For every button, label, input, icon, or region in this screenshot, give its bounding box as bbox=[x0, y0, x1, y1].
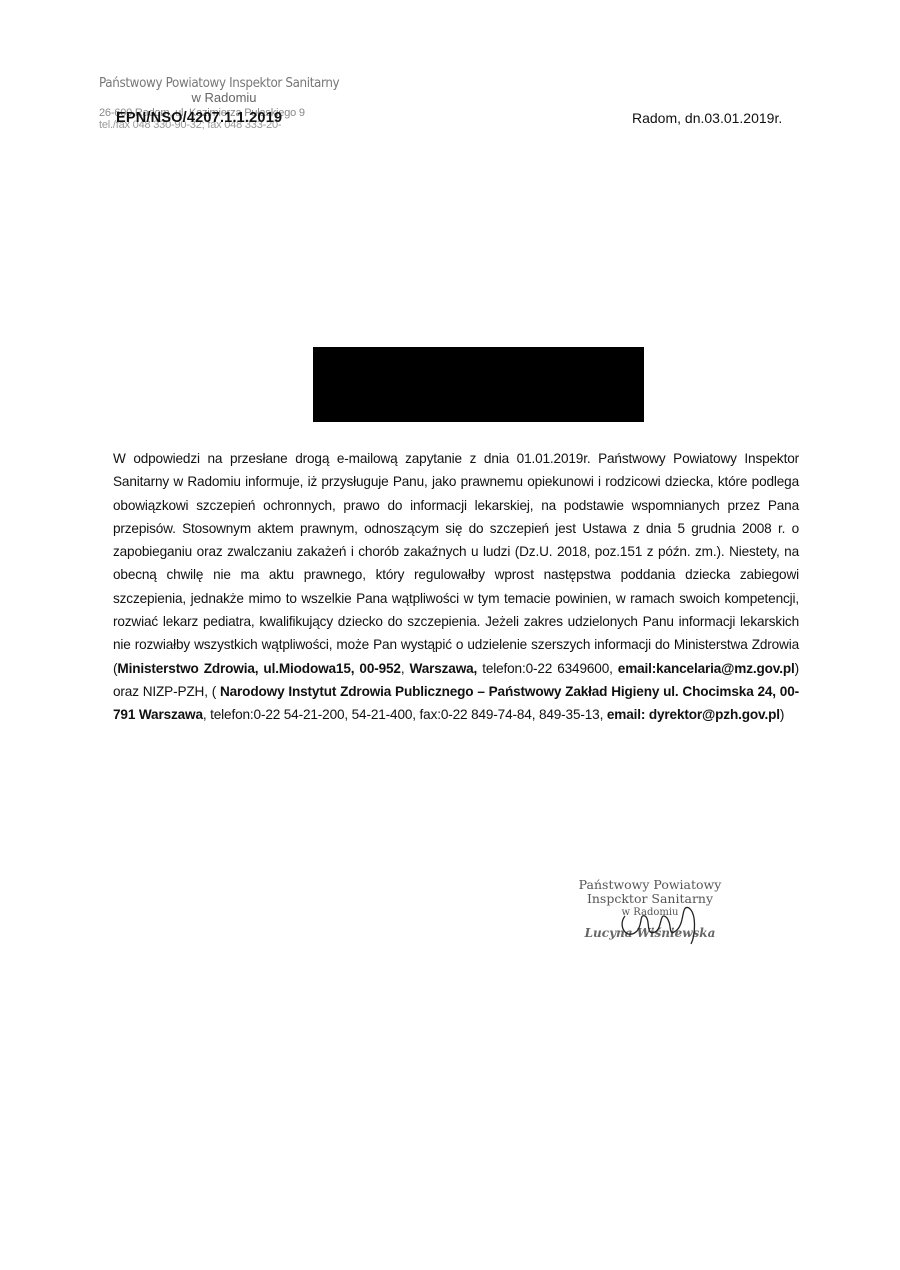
stamp-line-office: Państwowy Powiatowy Inspektor Sanitarny bbox=[99, 76, 347, 91]
letter-body: W odpowiedzi na przesłane drogą e-mailow… bbox=[113, 447, 799, 727]
body-bold-segment: Warszawa, bbox=[410, 661, 478, 676]
body-bold-segment: Ministerstwo Zdrowia, ul.Miodowa15, 00-9… bbox=[117, 661, 400, 676]
stamp-line-city: w Radomiu bbox=[79, 90, 369, 105]
signature-stamp: Państwowy Powiatowy Inspcktor Sanitarny … bbox=[560, 878, 740, 941]
reference-number: EPN/NSO/4207.1.1.2019 bbox=[116, 110, 282, 126]
body-segment: W odpowiedzi na przesłane drogą e-mailow… bbox=[113, 451, 799, 676]
body-bold-segment: email: dyrektor@pzh.gov.pl bbox=[607, 707, 780, 722]
body-segment: telefon:0-22 6349600, bbox=[477, 661, 618, 676]
signature-line-office: Państwowy Powiatowy bbox=[560, 878, 740, 892]
body-segment: , bbox=[401, 661, 410, 676]
body-segment: ) bbox=[780, 707, 784, 722]
redacted-recipient-block bbox=[313, 347, 644, 422]
handwritten-signature-icon bbox=[615, 896, 705, 946]
body-segment: , telefon:0-22 54-21-200, 54-21-400, fax… bbox=[203, 707, 607, 722]
letter-date: Radom, dn.03.01.2019r. bbox=[632, 110, 782, 126]
body-bold-segment: email:kancelaria@mz.gov.pl bbox=[618, 661, 795, 676]
